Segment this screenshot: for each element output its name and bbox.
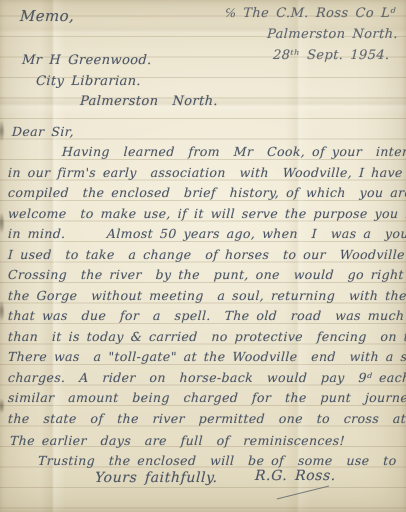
body-line: in our firm's early association with Woo… bbox=[7, 163, 403, 184]
salutation: Dear Sir, bbox=[11, 122, 74, 143]
sender-address-line-1: ℅ The C.M. Ross Co Lᵈ bbox=[225, 5, 397, 21]
body-line: that was due for a spell. The old road w… bbox=[7, 306, 406, 327]
memo-label: Memo, bbox=[20, 7, 75, 25]
body-line: charges. A rider on horse-back would pay… bbox=[7, 368, 406, 389]
body-line: compiled the enclosed brief history, of … bbox=[7, 183, 406, 204]
body-line: Crossing the river by the punt, one woul… bbox=[7, 265, 406, 286]
edge-smudge bbox=[0, 300, 5, 322]
letter-date: 28ᵗʰ Sept. 1954. bbox=[273, 48, 390, 63]
closing-line: Trusting the enclosed will be of some us… bbox=[37, 451, 406, 472]
signature: R.G. Ross. bbox=[255, 468, 337, 484]
body-line: similar amount being charged for the pun… bbox=[7, 388, 406, 409]
recipient-city: Palmerston North. bbox=[80, 94, 219, 109]
body-line: welcome to make use, if it will serve th… bbox=[7, 204, 406, 225]
closing-line: The earlier days are full of reminiscenc… bbox=[9, 431, 345, 452]
body-line: the Gorge without meeting a soul, return… bbox=[7, 286, 406, 307]
body-line: than it is today & carried no protective… bbox=[7, 327, 406, 348]
sender-address-line-2: Palmerston North. bbox=[267, 27, 399, 42]
valediction: Yours faithfully. bbox=[95, 470, 219, 486]
body-line: Having learned from Mr Cook, of your int… bbox=[61, 142, 406, 163]
body-line: I used to take a change of horses to our… bbox=[7, 245, 406, 266]
edge-smudge bbox=[0, 398, 5, 414]
edge-smudge bbox=[0, 120, 5, 142]
recipient-title: City Librarian. bbox=[36, 74, 142, 89]
body-line: the state of the river permitted one to … bbox=[7, 409, 406, 430]
body-line: in mind. Almost 50 years ago, when I was… bbox=[7, 224, 406, 245]
edge-smudge bbox=[0, 212, 5, 234]
signature-flourish bbox=[277, 485, 330, 499]
letter-page: Memo, ℅ The C.M. Ross Co Lᵈ Palmerston N… bbox=[0, 0, 406, 512]
recipient-name: Mr H Greenwood. bbox=[22, 53, 153, 68]
body-line: There was a "toll-gate" at the Woodville… bbox=[7, 347, 406, 368]
